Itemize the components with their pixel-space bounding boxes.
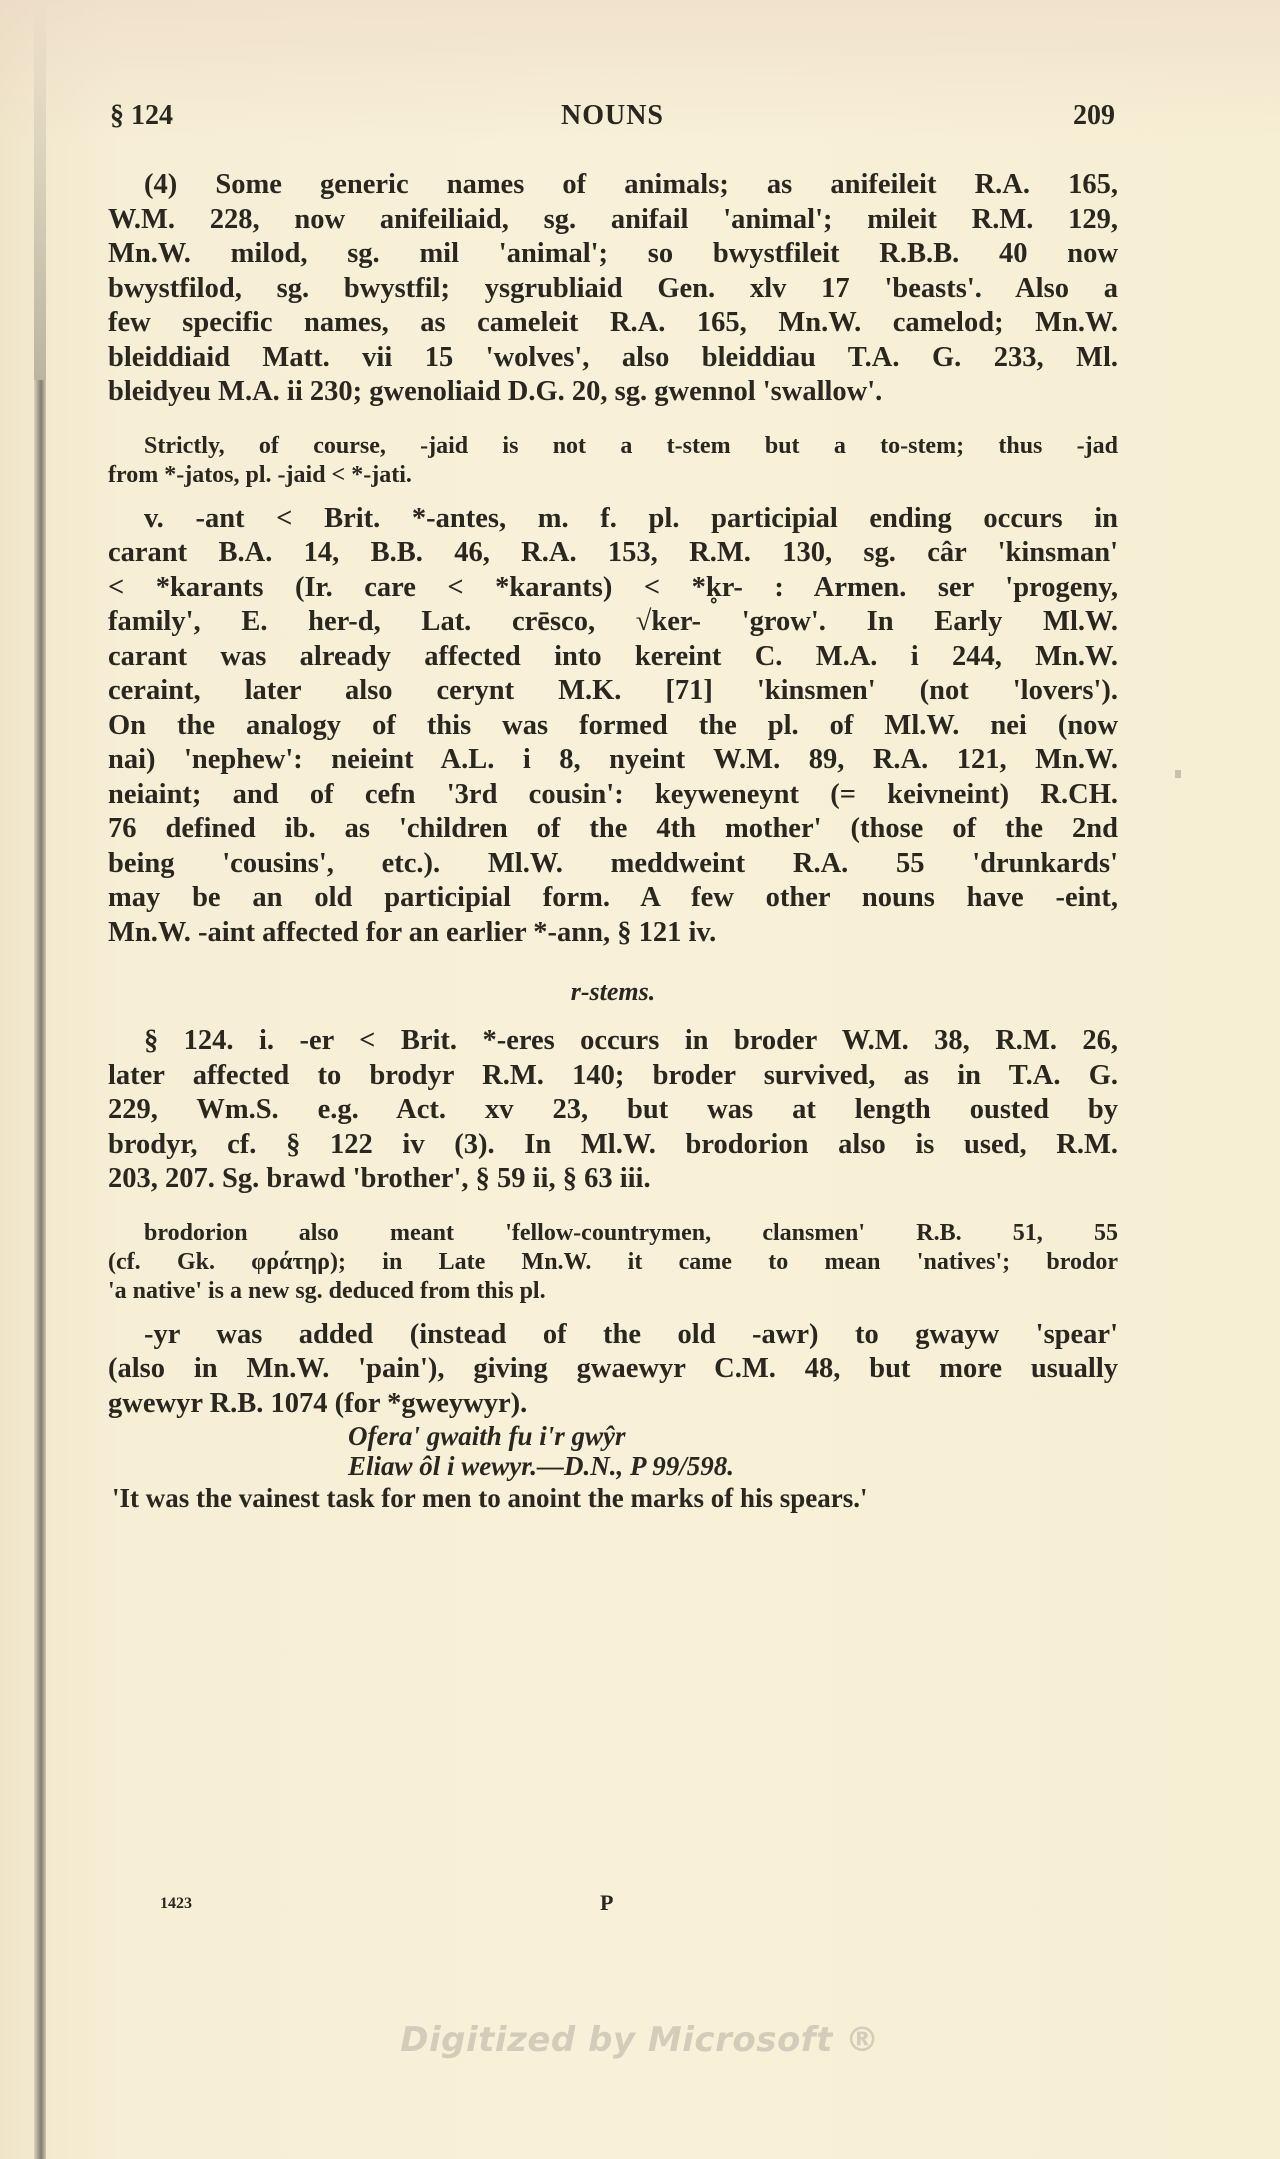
text-line: bleiddiaid Matt. vii 15 'wolves', also b… bbox=[108, 341, 1118, 376]
text-line: W.M. 228, now anifeiliaid, sg. anifail '… bbox=[108, 203, 1118, 238]
text-line: family', E. her-d, Lat. crēsco, √ker- 'g… bbox=[108, 605, 1118, 640]
text-line: Mn.W. milod, sg. mil 'animal'; so bwystf… bbox=[108, 237, 1118, 272]
text-line: bwystfilod, sg. bwystfil; ysgrubliaid Ge… bbox=[108, 272, 1118, 307]
note-line: (cf. Gk. φράτηρ); in Late Mn.W. it came … bbox=[108, 1248, 1118, 1277]
text-line: later affected to brodyr R.M. 140; brode… bbox=[108, 1059, 1118, 1094]
paragraph-section-124: § 124. i. -er < Brit. *-eres occurs in b… bbox=[108, 1024, 1118, 1197]
text-line: -yr was added (instead of the old -awr) … bbox=[108, 1318, 1118, 1353]
note-jaid: Strictly, of course, -jaid is not a t-st… bbox=[108, 432, 1118, 490]
note-line: brodorion also meant 'fellow-countrymen,… bbox=[108, 1219, 1118, 1248]
text-line: being 'cousins', etc.). Ml.W. meddweint … bbox=[108, 847, 1118, 882]
text-line: 76 defined ib. as 'children of the 4th m… bbox=[108, 812, 1118, 847]
verse-line: Eliaw ôl i wewyr.—D.N., P 99/598. bbox=[108, 1451, 1118, 1481]
running-head-title: NOUNS bbox=[110, 100, 1115, 132]
text-line: v. -ant < Brit. *-antes, m. f. pl. parti… bbox=[108, 502, 1118, 537]
printer-signature-number: 1423 bbox=[160, 1895, 192, 1913]
body-text: (4) Some generic names of animals; as an… bbox=[108, 168, 1118, 1515]
text-line: (also in Mn.W. 'pain'), giving gwaewyr C… bbox=[108, 1352, 1118, 1387]
text-line: brodyr, cf. § 122 iv (3). In Ml.W. brodo… bbox=[108, 1128, 1118, 1163]
text-line: < *karants (Ir. care < *karants) < *k̥r-… bbox=[108, 571, 1118, 606]
binding-gutter bbox=[34, 380, 46, 2159]
running-head: § 124 NOUNS 209 bbox=[110, 100, 1115, 140]
text-line: may be an old participial form. A few ot… bbox=[108, 881, 1118, 916]
note-brodorion: brodorion also meant 'fellow-countrymen,… bbox=[108, 1219, 1118, 1306]
text-line: § 124. i. -er < Brit. *-eres occurs in b… bbox=[108, 1024, 1118, 1059]
paper-speck bbox=[1175, 770, 1181, 778]
note-line: from *-jatos, pl. -jaid < *-jati. bbox=[108, 461, 1118, 490]
digitization-watermark: Digitized by Microsoft ® bbox=[0, 2020, 1280, 2060]
text-line: gwewyr R.B. 1074 (for *gweywyr). bbox=[108, 1387, 1118, 1422]
verse-quotation: Ofera' gwaith fu i'r gwŷr Eliaw ôl i wew… bbox=[108, 1421, 1118, 1515]
text-line: On the analogy of this was formed the pl… bbox=[108, 709, 1118, 744]
text-line: (4) Some generic names of animals; as an… bbox=[108, 168, 1118, 203]
note-line: Strictly, of course, -jaid is not a t-st… bbox=[108, 432, 1118, 461]
verse-translation: 'It was the vainest task for men to anoi… bbox=[108, 1481, 1118, 1515]
paragraph-yr: -yr was added (instead of the old -awr) … bbox=[108, 1318, 1118, 1422]
text-line: carant B.A. 14, B.B. 46, R.A. 153, R.M. … bbox=[108, 536, 1118, 571]
verse-line: Ofera' gwaith fu i'r gwŷr bbox=[108, 1421, 1118, 1451]
paragraph-ant: v. -ant < Brit. *-antes, m. f. pl. parti… bbox=[108, 502, 1118, 951]
text-line: bleidyeu M.A. ii 230; gwenoliaid D.G. 20… bbox=[108, 375, 1118, 410]
text-line: 229, Wm.S. e.g. Act. xv 23, but was at l… bbox=[108, 1093, 1118, 1128]
section-heading-r-stems: r-stems. bbox=[108, 972, 1118, 1012]
text-line: Mn.W. -aint affected for an earlier *-an… bbox=[108, 916, 1118, 951]
text-line: nai) 'nephew': neieint A.L. i 8, nyeint … bbox=[108, 743, 1118, 778]
text-line: few specific names, as cameleit R.A. 165… bbox=[108, 306, 1118, 341]
signature-mark: P bbox=[600, 1890, 613, 1916]
scanned-page: § 124 NOUNS 209 (4) Some generic names o… bbox=[0, 0, 1280, 2159]
paragraph-animals: (4) Some generic names of animals; as an… bbox=[108, 168, 1118, 410]
text-line: 203, 207. Sg. brawd 'brother', § 59 ii, … bbox=[108, 1162, 1118, 1197]
binding-gutter-top bbox=[34, 0, 46, 380]
text-line: carant was already affected into kereint… bbox=[108, 640, 1118, 675]
page-number: 209 bbox=[1073, 100, 1115, 132]
text-line: ceraint, later also cerynt M.K. [71] 'ki… bbox=[108, 674, 1118, 709]
note-line: 'a native' is a new sg. deduced from thi… bbox=[108, 1277, 1118, 1306]
text-line: neiaint; and of cefn '3rd cousin': keywe… bbox=[108, 778, 1118, 813]
